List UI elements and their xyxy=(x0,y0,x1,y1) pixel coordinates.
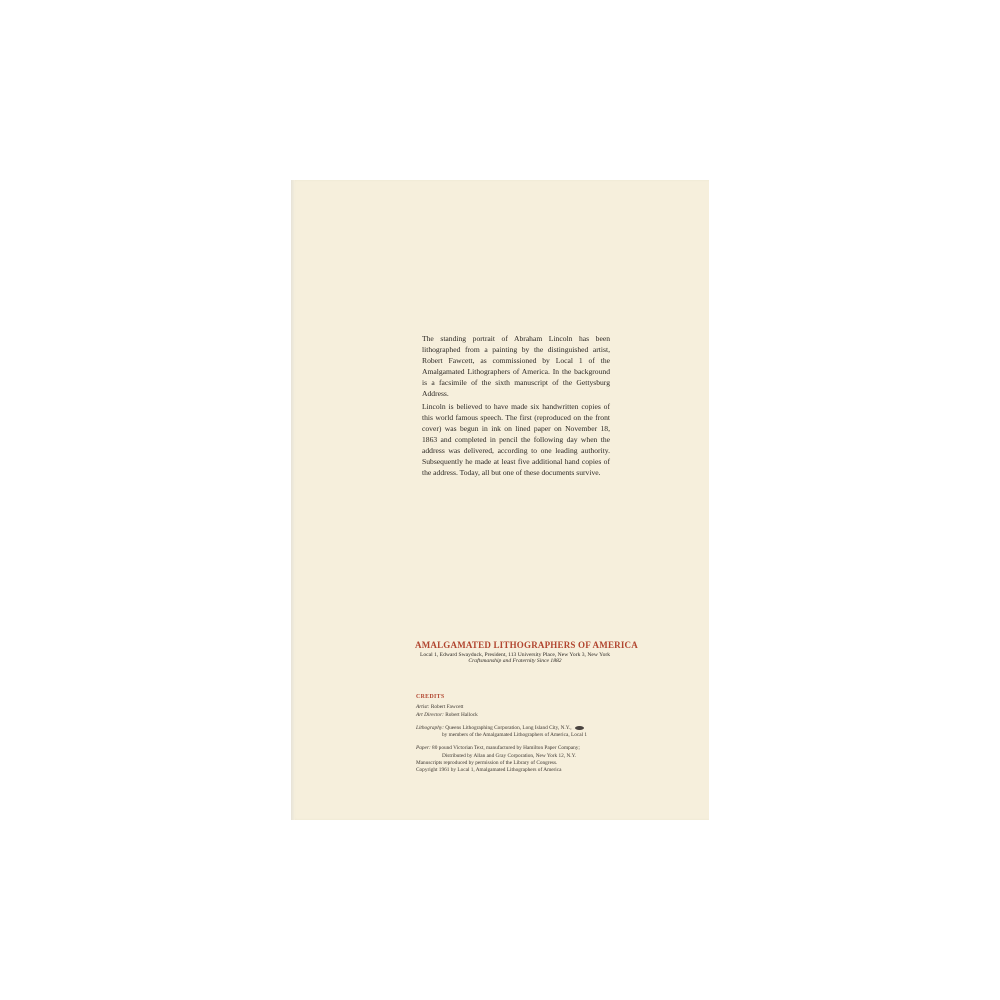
credit-lithography-line2: by members of the Amalgamated Lithograph… xyxy=(416,732,616,739)
credits-title: CREDITS xyxy=(416,694,616,701)
union-label-icon xyxy=(575,726,584,730)
intro-text: The standing portrait of Abraham Lincoln… xyxy=(422,334,610,482)
intro-paragraph-2: Lincoln is believed to have made six han… xyxy=(422,402,610,478)
organization-block: AMALGAMATED LITHOGRAPHERS OF AMERICA Loc… xyxy=(415,640,615,664)
intro-paragraph-1: The standing portrait of Abraham Lincoln… xyxy=(422,334,610,399)
credits-block: CREDITS Artist: Robert Fawcett Art Direc… xyxy=(416,694,616,775)
organization-motto: Craftsmanship and Fraternity Since 1882 xyxy=(415,658,615,664)
credit-paper: Paper: 80 pound Victorian Text, manufact… xyxy=(416,745,616,752)
credit-copyright: Copyright 1961 by Local 1, Amalgamated L… xyxy=(416,767,616,774)
organization-name: AMALGAMATED LITHOGRAPHERS OF AMERICA xyxy=(415,640,615,650)
credit-paper-line2: Distributed by Allan and Gray Corporatio… xyxy=(416,753,616,760)
credit-art-director: Art Director: Robert Hallock xyxy=(416,712,616,719)
credit-artist: Artist: Robert Fawcett xyxy=(416,704,616,711)
page-edge xyxy=(291,180,295,820)
